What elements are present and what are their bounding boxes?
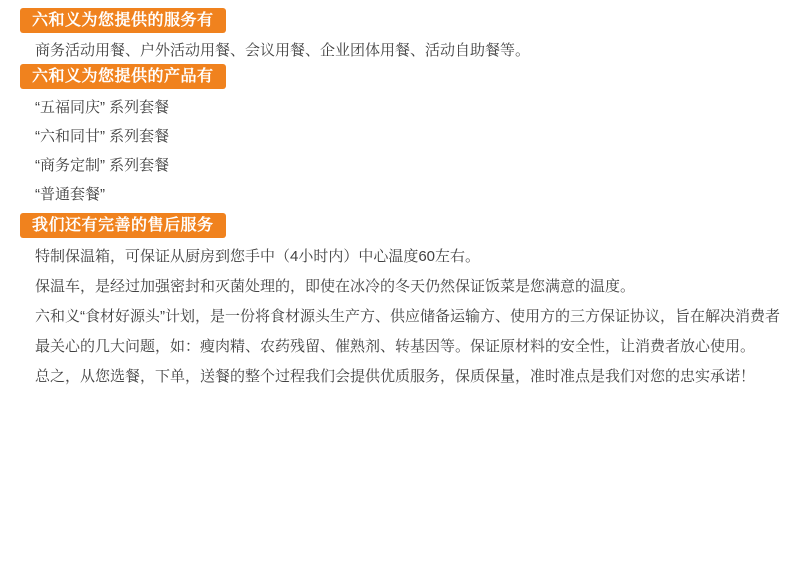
services-line: 商务活动用餐、户外活动用餐、会议用餐、企业团体用餐、活动自助餐等。 <box>35 41 785 61</box>
products-section: 六和义为您提供的产品有 “五福同庆” 系列套餐 “六和同甘” 系列套餐 “商务定… <box>20 64 785 209</box>
aftersales-line: 特制保温箱，可保证从厨房到您手中（4小时内）中心温度60左右。 <box>35 242 785 272</box>
services-section-header: 六和义为您提供的服务有 <box>20 8 226 33</box>
product-item: “六和同甘” 系列套餐 <box>35 122 785 151</box>
aftersales-line: 总之，从您选餐，下单，送餐的整个过程我们会提供优质服务，保质保量，准时准点是我们… <box>35 362 785 392</box>
products-header-row: 六和义为您提供的产品有 <box>20 64 785 89</box>
product-list: “五福同庆” 系列套餐 “六和同甘” 系列套餐 “商务定制” 系列套餐 “普通套… <box>35 93 785 209</box>
products-section-header: 六和义为您提供的产品有 <box>20 64 226 89</box>
product-item: “五福同庆” 系列套餐 <box>35 93 785 122</box>
aftersales-section: 我们还有完善的售后服务 特制保温箱，可保证从厨房到您手中（4小时内）中心温度60… <box>20 213 785 392</box>
aftersales-line: 保温车，是经过加强密封和灭菌处理的，即使在冰冷的冬天仍然保证饭菜是您满意的温度。 <box>35 272 785 302</box>
aftersales-header-row: 我们还有完善的售后服务 <box>20 213 785 238</box>
product-item: “普通套餐” <box>35 180 785 209</box>
product-item: “商务定制” 系列套餐 <box>35 151 785 180</box>
page: 六和义为您提供的服务有 商务活动用餐、户外活动用餐、会议用餐、企业团体用餐、活动… <box>0 0 800 568</box>
aftersales-line: 六和义“食材好源头”计划，是一份将食材源头生产方、供应储备运输方、使用方的三方保… <box>35 302 785 332</box>
aftersales-section-header: 我们还有完善的售后服务 <box>20 213 226 238</box>
services-header-row: 六和义为您提供的服务有 <box>20 8 785 33</box>
aftersales-line: 最关心的几大问题，如：瘦肉精、农药残留、催熟剂、转基因等。保证原材料的安全性，让… <box>35 332 785 362</box>
services-section: 六和义为您提供的服务有 商务活动用餐、户外活动用餐、会议用餐、企业团体用餐、活动… <box>20 8 785 61</box>
aftersales-paragraph: 特制保温箱，可保证从厨房到您手中（4小时内）中心温度60左右。 保温车，是经过加… <box>35 242 785 392</box>
